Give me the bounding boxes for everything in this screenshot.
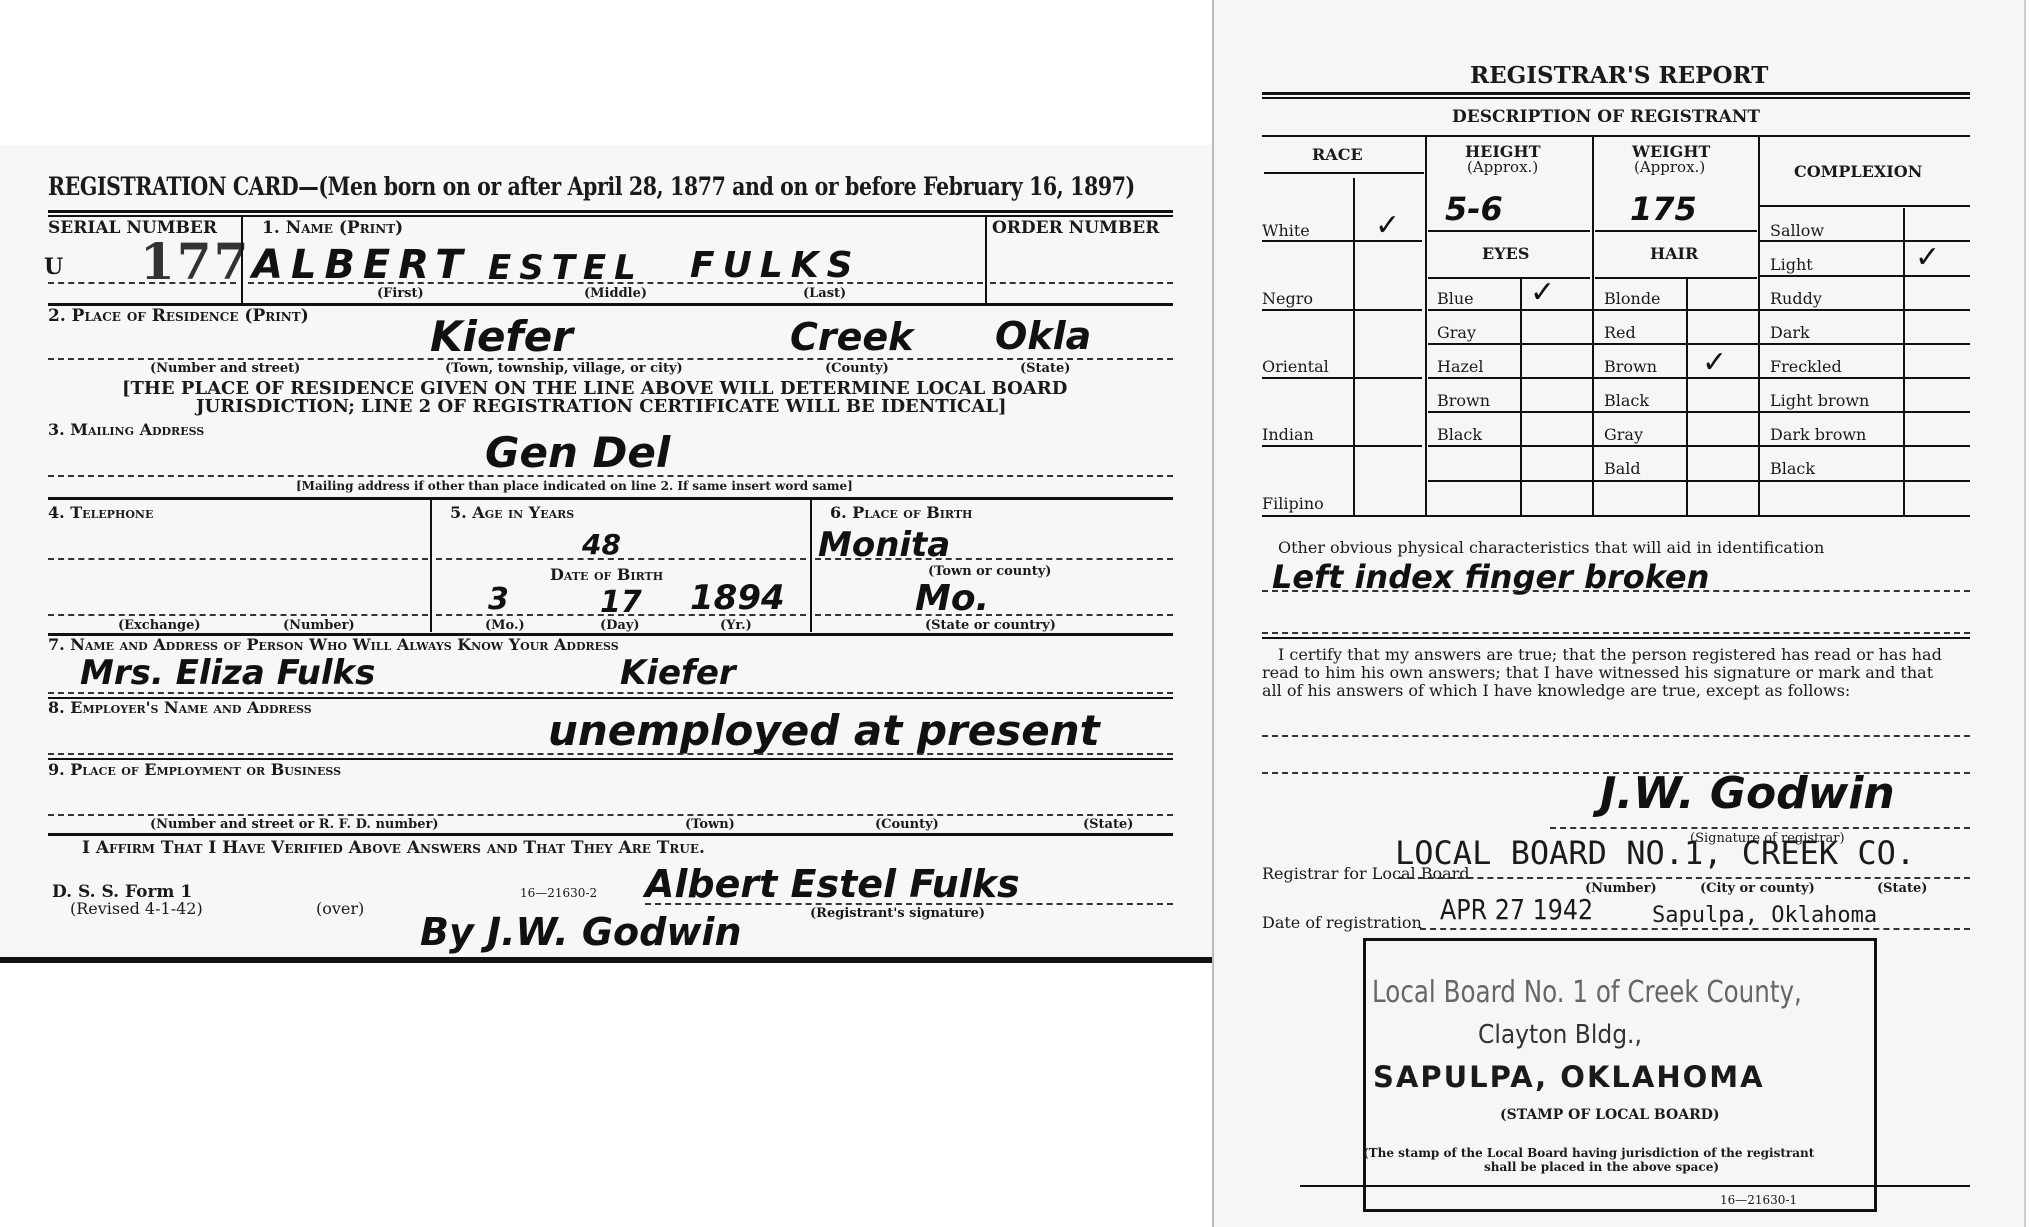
complexion-dark-brown: Dark brown: [1770, 425, 1866, 444]
birthplace-line-2: [815, 614, 1173, 616]
hair-header: HAIR: [1650, 244, 1698, 263]
day-caption: (Day): [600, 618, 640, 633]
hair-gray: Gray: [1604, 425, 1643, 444]
certify-line-3: all of his answers of which I have knowl…: [1262, 681, 1850, 700]
divider: [1903, 208, 1905, 515]
employment-town-caption: (Town): [685, 817, 735, 832]
divider: [1262, 515, 1970, 517]
residence-caption-street: (Number and street): [150, 361, 300, 376]
contact-address: Kiefer: [620, 653, 736, 693]
residence-caption-state: (State): [1020, 361, 1070, 376]
stamp-caption: (STAMP OF LOCAL BOARD): [1500, 1107, 1719, 1123]
divider: [48, 210, 1173, 213]
divider: [1262, 445, 1422, 447]
stamp-line-3: SAPULPA, OKLAHOMA: [1373, 1060, 1765, 1094]
race-oriental: Oriental: [1262, 357, 1329, 376]
divider: [48, 833, 1173, 836]
report-subtitle: DESCRIPTION OF REGISTRANT: [1452, 107, 1760, 127]
name-label: 1. Name (Print): [262, 218, 403, 238]
telephone-line-2: [48, 614, 428, 616]
race-white: White: [1262, 221, 1310, 240]
signature-caption: (Registrant's signature): [810, 906, 985, 921]
employer-line: [48, 753, 1173, 755]
stamp-note-1: (The stamp of the Local Board having jur…: [1363, 1146, 1814, 1160]
complexion-sallow: Sallow: [1770, 221, 1824, 240]
card-title: REGISTRATION CARD—(Men born on or after …: [48, 172, 1135, 201]
divider: [1300, 1185, 1970, 1187]
divider: [1428, 277, 1590, 279]
divider: [1428, 343, 1970, 345]
dob-month: 3: [488, 582, 509, 617]
eyes-blue: Blue: [1437, 289, 1474, 308]
board-city-caption: (City or county): [1700, 881, 1815, 896]
age-label: 5. Age in Years: [450, 503, 574, 522]
residence-caption-county: (County): [825, 361, 889, 376]
date-place: Sapulpa, Oklahoma: [1652, 903, 1877, 928]
complexion-ruddy: Ruddy: [1770, 289, 1822, 308]
dob-year: 1894: [690, 578, 785, 618]
divider: [1353, 178, 1355, 515]
divider: [1428, 377, 1970, 379]
divider: [241, 215, 243, 303]
board-state-caption: (State): [1877, 881, 1927, 896]
divider: [48, 497, 1173, 500]
registrar-board-line: [1398, 877, 1970, 879]
divider: [1592, 137, 1594, 515]
complexion-light-brown: Light brown: [1770, 391, 1869, 410]
order-number-label: ORDER NUMBER: [992, 218, 1159, 238]
divider: [1760, 275, 1970, 277]
print-code-left: 16—21630-2: [520, 886, 597, 900]
residence-caption-town: (Town, township, village, or city): [445, 361, 683, 376]
year-caption: (Yr.): [720, 618, 752, 633]
complexion-light-check: ✓: [1915, 240, 1940, 275]
race-filipino: Filipino: [1262, 494, 1324, 513]
hair-brown-check: ✓: [1702, 345, 1727, 380]
divider: [1425, 137, 1427, 515]
registrant-signature: Albert Estel Fulks: [645, 862, 1020, 906]
serial-prefix: U: [44, 254, 63, 280]
employment-street-caption: (Number and street or R. F. D. number): [150, 817, 438, 832]
height-subheader: (Approx.): [1467, 158, 1538, 176]
employment-state-caption: (State): [1083, 817, 1133, 832]
serial-line: [48, 282, 236, 284]
divider: [48, 215, 1173, 217]
birthplace-line-1: [815, 558, 1173, 560]
divider: [1760, 205, 1970, 207]
by-signature: By J.W. Godwin: [420, 910, 742, 954]
report-title: REGISTRAR'S REPORT: [1470, 62, 1768, 89]
employment-place-label: 9. Place of Employment or Business: [48, 760, 341, 779]
hair-bald: Bald: [1604, 459, 1641, 478]
complexion-light: Light: [1770, 255, 1813, 274]
form-revised: (Revised 4-1-42): [70, 899, 203, 918]
telephone-label: 4. Telephone: [48, 503, 153, 522]
eyes-header: EYES: [1482, 244, 1529, 263]
date-line: [1420, 928, 1970, 930]
over-note: (over): [316, 899, 364, 918]
divider: [1760, 240, 1970, 242]
mailing-caption: [Mailing address if other than place ind…: [296, 479, 853, 493]
divider: [1428, 230, 1590, 232]
complexion-dark: Dark: [1770, 323, 1810, 342]
birthplace-state: Mo.: [915, 578, 989, 619]
divider: [1428, 480, 1970, 482]
contact-name: Mrs. Eliza Fulks: [80, 653, 375, 693]
divider: [1428, 411, 1970, 413]
residence-county: Creek: [790, 315, 913, 359]
employment-place-line: [48, 814, 1173, 816]
mailing-label: 3. Mailing Address: [48, 420, 204, 439]
divider: [1262, 377, 1422, 379]
age-line: [436, 558, 806, 560]
mailing-line: [48, 475, 1173, 477]
dob-line: [436, 614, 806, 616]
residence-town: Kiefer: [430, 312, 573, 361]
residence-label: 2. Place of Residence (Print): [48, 306, 309, 326]
divider: [1264, 172, 1424, 174]
stamp-note-2: shall be placed in the above space): [1484, 1160, 1719, 1174]
divider: [810, 497, 812, 632]
divider: [1595, 230, 1757, 232]
divider: [430, 497, 432, 632]
contact-line: [48, 692, 1173, 694]
residence-line: [48, 358, 1173, 360]
hair-red: Red: [1604, 323, 1636, 342]
registrar-board-value: LOCAL BOARD NO.1, CREEK CO.: [1395, 834, 1915, 872]
contact-label: 7. Name and Address of Person Who Will A…: [48, 635, 619, 654]
divider: [1262, 97, 1970, 99]
race-header: RACE: [1312, 145, 1363, 164]
mailing-value: Gen Del: [485, 428, 670, 477]
order-number-line: [990, 282, 1173, 284]
divider: [1262, 92, 1970, 95]
birthplace-town-caption: (Town or county): [928, 564, 1051, 579]
other-characteristics-label: Other obvious physical characteristics t…: [1278, 538, 1824, 557]
weight-subheader: (Approx.): [1634, 158, 1705, 176]
last-name: FULKS: [690, 245, 861, 286]
divider: [1262, 240, 1422, 242]
other-line-2: [1262, 632, 1970, 634]
certify-line-1: I certify that my answers are true; that…: [1278, 645, 1942, 664]
certify-line-2: read to him his own answers; that I have…: [1262, 663, 1933, 682]
height-value: 5-6: [1445, 190, 1503, 228]
name-line: [248, 282, 983, 284]
birthplace-state-caption: (State or country): [925, 618, 1056, 633]
employer-value: unemployed at present: [548, 706, 1100, 755]
date-label: Date of registration: [1262, 913, 1422, 932]
divider: [985, 215, 987, 303]
board-number-caption: (Number): [1585, 881, 1657, 896]
dob-label: Date of Birth: [550, 565, 663, 584]
date-value: APR 27 1942: [1440, 893, 1593, 926]
eyes-blue-check: ✓: [1530, 275, 1555, 310]
first-caption: (First): [377, 286, 424, 301]
employer-label: 8. Employer's Name and Address: [48, 698, 312, 717]
number-caption: (Number): [283, 618, 355, 633]
employment-county-caption: (County): [875, 817, 939, 832]
middle-caption: (Middle): [584, 286, 647, 301]
telephone-line-1: [48, 558, 428, 560]
registrar-signature-line: [1550, 827, 1970, 829]
eyes-black: Black: [1437, 425, 1482, 444]
stamp-line-1: Local Board No. 1 of Creek County,: [1372, 975, 1802, 1010]
age-value: 48: [582, 528, 621, 561]
divider: [1758, 137, 1760, 515]
residence-state: Okla: [995, 314, 1091, 358]
print-code-right: 16—21630-1: [1720, 1193, 1797, 1207]
race-indian: Indian: [1262, 425, 1314, 444]
registrar-signature: J.W. Godwin: [1600, 768, 1895, 819]
divider: [1262, 637, 1970, 639]
race-white-check: ✓: [1375, 208, 1400, 243]
complexion-freckled: Freckled: [1770, 357, 1842, 376]
stamp-line-2: Clayton Bldg.,: [1478, 1020, 1642, 1050]
divider: [1428, 445, 1970, 447]
weight-value: 175: [1630, 190, 1697, 228]
other-line-1: [1262, 590, 1970, 592]
hair-brown: Brown: [1604, 357, 1657, 376]
exceptions-line-1: [1262, 735, 1970, 737]
divider: [1262, 135, 1970, 137]
eyes-hazel: Hazel: [1437, 357, 1484, 376]
divider: [1428, 309, 1970, 311]
eyes-gray: Gray: [1437, 323, 1476, 342]
birthplace-label: 6. Place of Birth: [830, 503, 972, 522]
divider: [1262, 309, 1422, 311]
signature-line: [645, 903, 1173, 905]
eyes-brown: Brown: [1437, 391, 1490, 410]
race-negro: Negro: [1262, 289, 1313, 308]
hair-blonde: Blonde: [1604, 289, 1661, 308]
exchange-caption: (Exchange): [118, 618, 201, 633]
complexion-black: Black: [1770, 459, 1815, 478]
last-caption: (Last): [803, 286, 846, 301]
divider: [1595, 277, 1757, 279]
month-caption: (Mo.): [485, 618, 525, 633]
complexion-header: COMPLEXION: [1794, 162, 1922, 181]
residence-notice-2: JURISDICTION; LINE 2 OF REGISTRATION CER…: [196, 396, 1007, 417]
hair-black: Black: [1604, 391, 1649, 410]
affirmation: I Affirm That I Have Verified Above Answ…: [82, 838, 705, 858]
